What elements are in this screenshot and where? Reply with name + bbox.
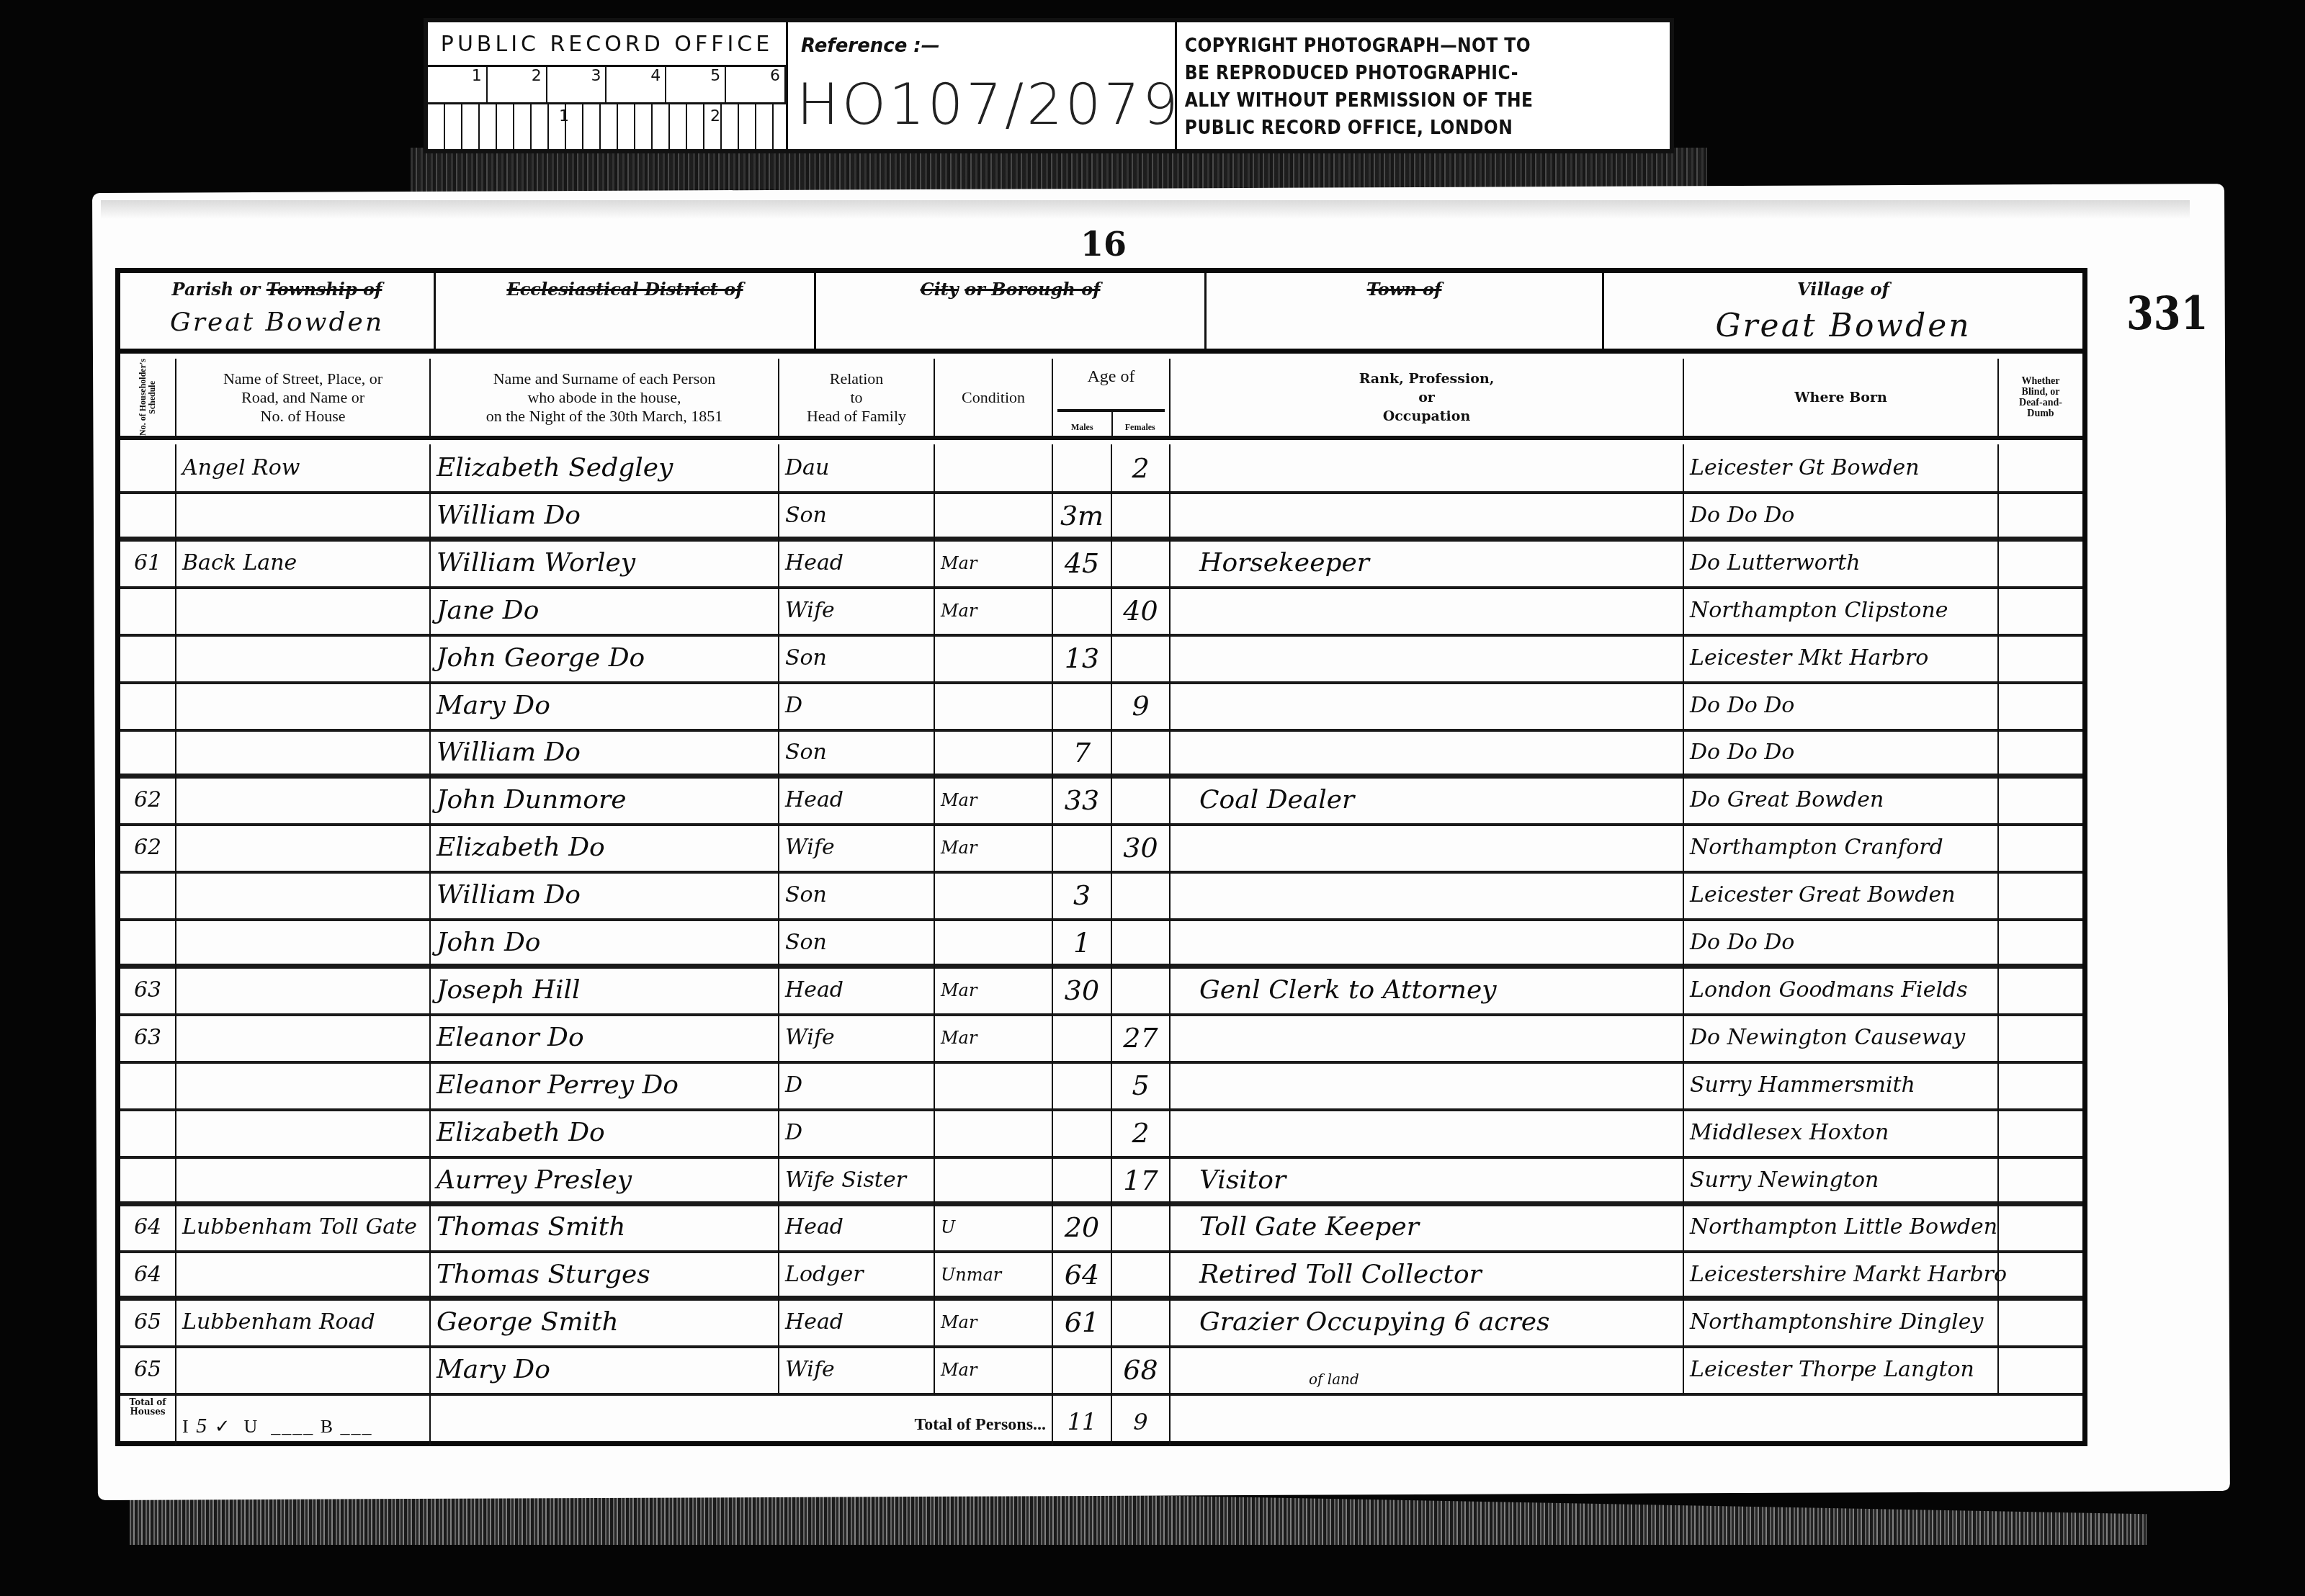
birthplace: Northamptonshire Dingley	[1684, 1299, 1999, 1348]
col-name: Name and Surname of each Person who abod…	[431, 359, 779, 436]
page-number: 16	[1080, 225, 1127, 264]
parish-cell: Parish or Township of Great Bowden	[120, 273, 436, 349]
column-header: No. of Householder's Schedule Name of St…	[120, 359, 2082, 440]
blind-deaf-dumb	[1999, 871, 2082, 921]
schedule-number: 63	[120, 967, 176, 1016]
schedule-number	[120, 729, 176, 779]
locality-header: Parish or Township of Great Bowden Eccle…	[120, 273, 2082, 354]
blind-deaf-dumb	[1999, 919, 2082, 969]
relation-to-head: Son	[779, 729, 935, 779]
totals-row: Total of Houses I 5 ✓ U ____ B ___ Total…	[120, 1394, 2082, 1446]
occupation: Visitor	[1171, 1157, 1684, 1206]
occupation: Genl Clerk to Attorney	[1171, 967, 1684, 1016]
relation-to-head: Son	[779, 919, 935, 969]
street-address: Lubbenham Road	[176, 1299, 431, 1348]
relation-to-head: Wife Sister	[779, 1157, 935, 1206]
birthplace: London Goodmans Fields	[1684, 967, 1999, 1016]
relation-to-head: D	[779, 1109, 935, 1159]
table-row: William DoSon7Do Do Do	[120, 729, 2082, 779]
schedule-number: 62	[120, 776, 176, 826]
inch-ruler: 1 2 3 4 5 6	[428, 67, 786, 104]
marital-condition: Mar	[935, 967, 1053, 1016]
person-name: Aurrey Presley	[431, 1157, 779, 1206]
female-age	[1112, 776, 1171, 826]
total-houses-label: Total of Houses	[120, 1394, 176, 1446]
marital-condition	[935, 919, 1053, 969]
street-address	[176, 1251, 431, 1301]
blind-deaf-dumb	[1999, 1109, 2082, 1159]
marital-condition	[935, 1157, 1053, 1206]
schedule-number: 63	[120, 1014, 176, 1064]
blind-deaf-dumb	[1999, 824, 2082, 874]
person-name: John George Do	[431, 635, 779, 684]
birthplace: Northampton Clipstone	[1684, 587, 1999, 637]
street-address: Back Lane	[176, 539, 431, 589]
marital-condition	[935, 444, 1053, 494]
schedule-number	[120, 682, 176, 732]
male-age: 7	[1053, 729, 1112, 779]
schedule-number	[120, 871, 176, 921]
female-age	[1112, 1203, 1171, 1253]
copyright-line: PUBLIC RECORD OFFICE, LONDON	[1185, 115, 1613, 142]
male-age: 30	[1053, 967, 1112, 1016]
relation-to-head: D	[779, 1062, 935, 1111]
folio-number: 331	[2126, 287, 2208, 341]
borough-struck: or Borough of	[964, 279, 1100, 300]
parish-label: Parish or	[172, 279, 261, 300]
birthplace: Do Do Do	[1684, 729, 1999, 779]
schedule-number: 61	[120, 539, 176, 589]
table-row: Eleanor Perrey DoD5Surry Hammersmith	[120, 1062, 2082, 1111]
marital-condition	[935, 492, 1053, 542]
table-row: Jane DoWifeMar40Northampton Clipstone	[120, 587, 2082, 637]
schedule-number	[120, 492, 176, 542]
street-address	[176, 967, 431, 1016]
male-age: 33	[1053, 776, 1112, 826]
person-name: William Do	[431, 492, 779, 542]
female-age: 9	[1112, 682, 1171, 732]
ruler-mark: 5	[666, 67, 726, 102]
blind-deaf-dumb	[1999, 539, 2082, 589]
birthplace: Middlesex Hoxton	[1684, 1109, 1999, 1159]
copyright-line: ALLY WITHOUT PERMISSION OF THE	[1185, 87, 1613, 115]
relation-to-head: Son	[779, 871, 935, 921]
blind-deaf-dumb	[1999, 1157, 2082, 1206]
blind-deaf-dumb	[1999, 1062, 2082, 1111]
male-age	[1053, 1346, 1112, 1396]
street-address: Lubbenham Toll Gate	[176, 1203, 431, 1253]
person-name: John Dunmore	[431, 776, 779, 826]
pro-office-title: PUBLIC RECORD OFFICE	[428, 22, 786, 67]
person-name: Thomas Sturges	[431, 1251, 779, 1301]
birthplace: Surry Hammersmith	[1684, 1062, 1999, 1111]
blind-deaf-dumb	[1999, 729, 2082, 779]
occupation	[1171, 871, 1684, 921]
person-name: Elizabeth Do	[431, 824, 779, 874]
occupation	[1171, 729, 1684, 779]
person-name: Mary Do	[431, 1346, 779, 1396]
schedule-number: 65	[120, 1299, 176, 1348]
city-label: City	[921, 279, 959, 300]
village-value: Great Bowden	[1604, 308, 2082, 344]
occupation	[1171, 1062, 1684, 1111]
person-name: William Do	[431, 871, 779, 921]
occupation	[1171, 492, 1684, 542]
street-address	[176, 587, 431, 637]
marital-condition: U	[935, 1203, 1053, 1253]
marital-condition: Unmar	[935, 1251, 1053, 1301]
person-name: John Do	[431, 919, 779, 969]
person-name: Joseph Hill	[431, 967, 779, 1016]
relation-to-head: Wife	[779, 1346, 935, 1396]
ruler-mark: 6	[726, 67, 786, 102]
col-age: Age of Males Females	[1053, 359, 1171, 436]
person-name: George Smith	[431, 1299, 779, 1348]
occupation	[1171, 1014, 1684, 1064]
male-age: 20	[1053, 1203, 1112, 1253]
birthplace: Leicester Great Bowden	[1684, 871, 1999, 921]
male-age	[1053, 824, 1112, 874]
street-address	[176, 635, 431, 684]
marital-condition: Mar	[935, 824, 1053, 874]
male-age	[1053, 1157, 1112, 1206]
relation-to-head: Lodger	[779, 1251, 935, 1301]
schedule-number	[120, 444, 176, 494]
female-age	[1112, 1251, 1171, 1301]
marital-condition: Mar	[935, 776, 1053, 826]
female-age	[1112, 919, 1171, 969]
relation-to-head: Head	[779, 539, 935, 589]
marital-condition	[935, 682, 1053, 732]
schedule-number	[120, 1109, 176, 1159]
street-address	[176, 492, 431, 542]
birthplace: Northampton Little Bowden	[1684, 1203, 1999, 1253]
person-name: Jane Do	[431, 587, 779, 637]
birthplace: Do Do Do	[1684, 919, 1999, 969]
female-age: 2	[1112, 1109, 1171, 1159]
male-age: 3m	[1053, 492, 1112, 542]
schedule-number: 64	[120, 1203, 176, 1253]
male-age	[1053, 587, 1112, 637]
street-address	[176, 1157, 431, 1206]
birthplace: Do Lutterworth	[1684, 539, 1999, 589]
schedule-number: 64	[120, 1251, 176, 1301]
blind-deaf-dumb	[1999, 682, 2082, 732]
street-address	[176, 729, 431, 779]
ruler-mark: 2	[488, 67, 547, 102]
col-street: Name of Street, Place, or Road, and Name…	[176, 359, 431, 436]
relation-to-head: D	[779, 682, 935, 732]
col-where-born: Where Born	[1684, 359, 1999, 436]
table-row: 64Lubbenham Toll GateThomas SmithHeadU20…	[120, 1203, 2082, 1253]
relation-to-head: Son	[779, 635, 935, 684]
col-condition: Condition	[935, 359, 1053, 436]
col-occupation: Rank, Profession, or Occupation	[1171, 359, 1684, 436]
ecclesiastical-struck: Ecclesiastical District of	[506, 279, 743, 300]
schedule-number	[120, 1062, 176, 1111]
pro-office-block: PUBLIC RECORD OFFICE 1 2 3 4 5 6 1 2	[428, 22, 788, 149]
houses-count: I 5 ✓ U ____ B ___	[176, 1394, 431, 1446]
blind-deaf-dumb	[1999, 967, 2082, 1016]
person-name: Thomas Smith	[431, 1203, 779, 1253]
occupation	[1171, 824, 1684, 874]
schedule-number	[120, 1157, 176, 1206]
table-row: John George DoSon13Leicester Mkt Harbro	[120, 635, 2082, 684]
occupation: Retired Toll Collector	[1171, 1251, 1684, 1301]
female-age	[1112, 967, 1171, 1016]
blind-deaf-dumb	[1999, 492, 2082, 542]
copyright-notice: COPYRIGHT PHOTOGRAPH—NOT TO BE REPRODUCE…	[1177, 22, 1621, 149]
street-address	[176, 824, 431, 874]
township-struck: Township of	[267, 279, 382, 300]
birthplace: Do Do Do	[1684, 492, 1999, 542]
marital-condition: Mar	[935, 539, 1053, 589]
ruler-mark: 3	[547, 67, 607, 102]
copyright-line: BE REPRODUCED PHOTOGRAPHIC-	[1185, 60, 1613, 87]
occupation	[1171, 1109, 1684, 1159]
occupation	[1171, 635, 1684, 684]
table-row: 62John DunmoreHeadMar33Coal DealerDo Gre…	[120, 776, 2082, 826]
table-row: 63Eleanor DoWifeMar27Do Newington Causew…	[120, 1014, 2082, 1064]
female-age: 5	[1112, 1062, 1171, 1111]
schedule-number: 62	[120, 824, 176, 874]
person-name: Mary Do	[431, 682, 779, 732]
col-schedule-label: No. of Householder's Schedule	[138, 359, 157, 436]
age-of-label: Age of	[1053, 367, 1169, 386]
blind-deaf-dumb	[1999, 1299, 2082, 1348]
pro-reference-label: PUBLIC RECORD OFFICE 1 2 3 4 5 6 1 2 Ref…	[424, 18, 1674, 153]
marital-condition	[935, 871, 1053, 921]
female-age	[1112, 871, 1171, 921]
male-age	[1053, 1109, 1112, 1159]
village-cell: Village of Great Bowden	[1604, 273, 2082, 349]
village-label: Village of	[1604, 279, 2082, 300]
male-age: 61	[1053, 1299, 1112, 1348]
ruler-mark: 1	[559, 107, 569, 125]
female-age	[1112, 635, 1171, 684]
marital-condition	[935, 1062, 1053, 1111]
occupation	[1171, 682, 1684, 732]
cm-ruler: 1 2	[428, 104, 786, 149]
birthplace: Leicester Gt Bowden	[1684, 444, 1999, 494]
marital-condition: Mar	[935, 1299, 1053, 1348]
copyright-line: COPYRIGHT PHOTOGRAPH—NOT TO	[1185, 32, 1613, 60]
blind-deaf-dumb	[1999, 1251, 2082, 1301]
female-age: 40	[1112, 587, 1171, 637]
male-age: 13	[1053, 635, 1112, 684]
birthplace: Do Newington Causeway	[1684, 1014, 1999, 1064]
col-schedule: No. of Householder's Schedule	[120, 359, 176, 436]
census-table: Parish or Township of Great Bowden Eccle…	[115, 268, 2087, 1446]
birthplace: Leicester Thorpe Langton	[1684, 1346, 1999, 1396]
schedule-number	[120, 635, 176, 684]
marital-condition: Mar	[935, 1014, 1053, 1064]
relation-to-head: Head	[779, 967, 935, 1016]
table-row: 62Elizabeth DoWifeMar30Northampton Cranf…	[120, 824, 2082, 874]
schedule-number	[120, 919, 176, 969]
blind-deaf-dumb	[1999, 1203, 2082, 1253]
total-persons-label: Total of Persons...	[431, 1394, 1053, 1446]
females-label: Females	[1111, 418, 1170, 436]
table-row: John DoSon1Do Do Do	[120, 919, 2082, 969]
female-age	[1112, 492, 1171, 542]
ruler-mark: 2	[710, 107, 720, 125]
occupation: Grazier Occupying 6 acres	[1171, 1299, 1684, 1348]
relation-to-head: Wife	[779, 824, 935, 874]
occupation-note: of land	[1309, 1371, 1359, 1388]
street-address	[176, 1346, 431, 1396]
occupation: Horsekeeper	[1171, 539, 1684, 589]
male-age: 45	[1053, 539, 1112, 589]
ruler-mark: 1	[428, 67, 488, 102]
relation-to-head: Wife	[779, 587, 935, 637]
female-age: 27	[1112, 1014, 1171, 1064]
blind-deaf-dumb	[1999, 776, 2082, 826]
sheet-curl-shadow	[101, 200, 2190, 219]
occupation	[1171, 1346, 1684, 1396]
birthplace: Surry Newington	[1684, 1157, 1999, 1206]
schedule-number: 65	[120, 1346, 176, 1396]
street-address	[176, 682, 431, 732]
female-age: 2	[1112, 444, 1171, 494]
marital-condition	[935, 635, 1053, 684]
table-row: Angel RowElizabeth SedgleyDau2Leicester …	[120, 444, 2082, 494]
male-age	[1053, 1062, 1112, 1111]
table-row: Mary DoD9Do Do Do	[120, 682, 2082, 732]
occupation: Coal Dealer	[1171, 776, 1684, 826]
occupation: Toll Gate Keeper	[1171, 1203, 1684, 1253]
male-age	[1053, 1014, 1112, 1064]
street-address	[176, 776, 431, 826]
table-row: William DoSon3mDo Do Do	[120, 492, 2082, 542]
female-age: 68	[1112, 1346, 1171, 1396]
birthplace: Do Do Do	[1684, 682, 1999, 732]
person-name: Eleanor Do	[431, 1014, 779, 1064]
blind-deaf-dumb	[1999, 444, 2082, 494]
table-row: 65Lubbenham RoadGeorge SmithHeadMar61Gra…	[120, 1299, 2082, 1348]
blind-deaf-dumb	[1999, 1014, 2082, 1064]
female-age: 17	[1112, 1157, 1171, 1206]
person-name: William Do	[431, 729, 779, 779]
person-name: Elizabeth Do	[431, 1109, 779, 1159]
male-age: 1	[1053, 919, 1112, 969]
person-name: Elizabeth Sedgley	[431, 444, 779, 494]
street-address	[176, 1109, 431, 1159]
male-age: 3	[1053, 871, 1112, 921]
table-row: Aurrey PresleyWife Sister17VisitorSurry …	[120, 1157, 2082, 1206]
males-label: Males	[1053, 418, 1111, 436]
occupation	[1171, 444, 1684, 494]
inhabited-count: 5	[196, 1414, 208, 1438]
person-name: Eleanor Perrey Do	[431, 1062, 779, 1111]
street-address	[176, 871, 431, 921]
relation-to-head: Dau	[779, 444, 935, 494]
female-age	[1112, 729, 1171, 779]
pro-reference-block: Reference :— HO107/2079	[788, 22, 1177, 149]
marital-condition	[935, 729, 1053, 779]
table-row: 64Thomas SturgesLodgerUnmar64Retired Tol…	[120, 1251, 2082, 1301]
blind-deaf-dumb	[1999, 587, 2082, 637]
relation-to-head: Head	[779, 1203, 935, 1253]
table-row: William DoSon3Leicester Great Bowden	[120, 871, 2082, 921]
col-relation: Relation to Head of Family	[779, 359, 935, 436]
relation-to-head: Wife	[779, 1014, 935, 1064]
total-females: 9	[1112, 1394, 1171, 1446]
birthplace: Do Great Bowden	[1684, 776, 1999, 826]
schedule-number	[120, 587, 176, 637]
street-address	[176, 919, 431, 969]
town-cell: Town of	[1207, 273, 1604, 349]
relation-to-head: Head	[779, 776, 935, 826]
parish-value: Great Bowden	[120, 308, 434, 337]
reference-value: HO107/2079	[797, 73, 1181, 138]
female-age	[1112, 1299, 1171, 1348]
blind-deaf-dumb	[1999, 635, 2082, 684]
occupation	[1171, 587, 1684, 637]
birthplace: Leicestershire Markt Harbro	[1684, 1251, 1999, 1301]
birthplace: Leicester Mkt Harbro	[1684, 635, 1999, 684]
person-name: William Worley	[431, 539, 779, 589]
town-struck: Town of	[1367, 279, 1442, 300]
table-row: 63Joseph HillHeadMar30Genl Clerk to Atto…	[120, 967, 2082, 1016]
street-address	[176, 1062, 431, 1111]
street-address: Angel Row	[176, 444, 431, 494]
male-age	[1053, 682, 1112, 732]
blind-deaf-dumb	[1999, 1346, 2082, 1396]
marital-condition	[935, 1109, 1053, 1159]
table-row: 61Back LaneWilliam WorleyHeadMar45Horsek…	[120, 539, 2082, 589]
table-row: 65Mary DoWifeMar68Leicester Thorpe Langt…	[120, 1346, 2082, 1396]
ruler-mark: 4	[607, 67, 666, 102]
female-age	[1112, 539, 1171, 589]
birthplace: Northampton Cranford	[1684, 824, 1999, 874]
marital-condition: Mar	[935, 1346, 1053, 1396]
marital-condition: Mar	[935, 587, 1053, 637]
reference-label: Reference :—	[801, 35, 940, 57]
male-age	[1053, 444, 1112, 494]
street-address	[176, 1014, 431, 1064]
relation-to-head: Son	[779, 492, 935, 542]
total-males: 11	[1053, 1394, 1112, 1446]
male-age: 64	[1053, 1251, 1112, 1301]
relation-to-head: Head	[779, 1299, 935, 1348]
occupation	[1171, 919, 1684, 969]
table-row: Elizabeth DoD2Middlesex Hoxton	[120, 1109, 2082, 1159]
female-age: 30	[1112, 824, 1171, 874]
ecclesiastical-cell: Ecclesiastical District of	[436, 273, 816, 349]
col-blind: Whether Blind, or Deaf-and- Dumb	[1999, 359, 2082, 436]
city-cell: City or Borough of	[816, 273, 1207, 349]
